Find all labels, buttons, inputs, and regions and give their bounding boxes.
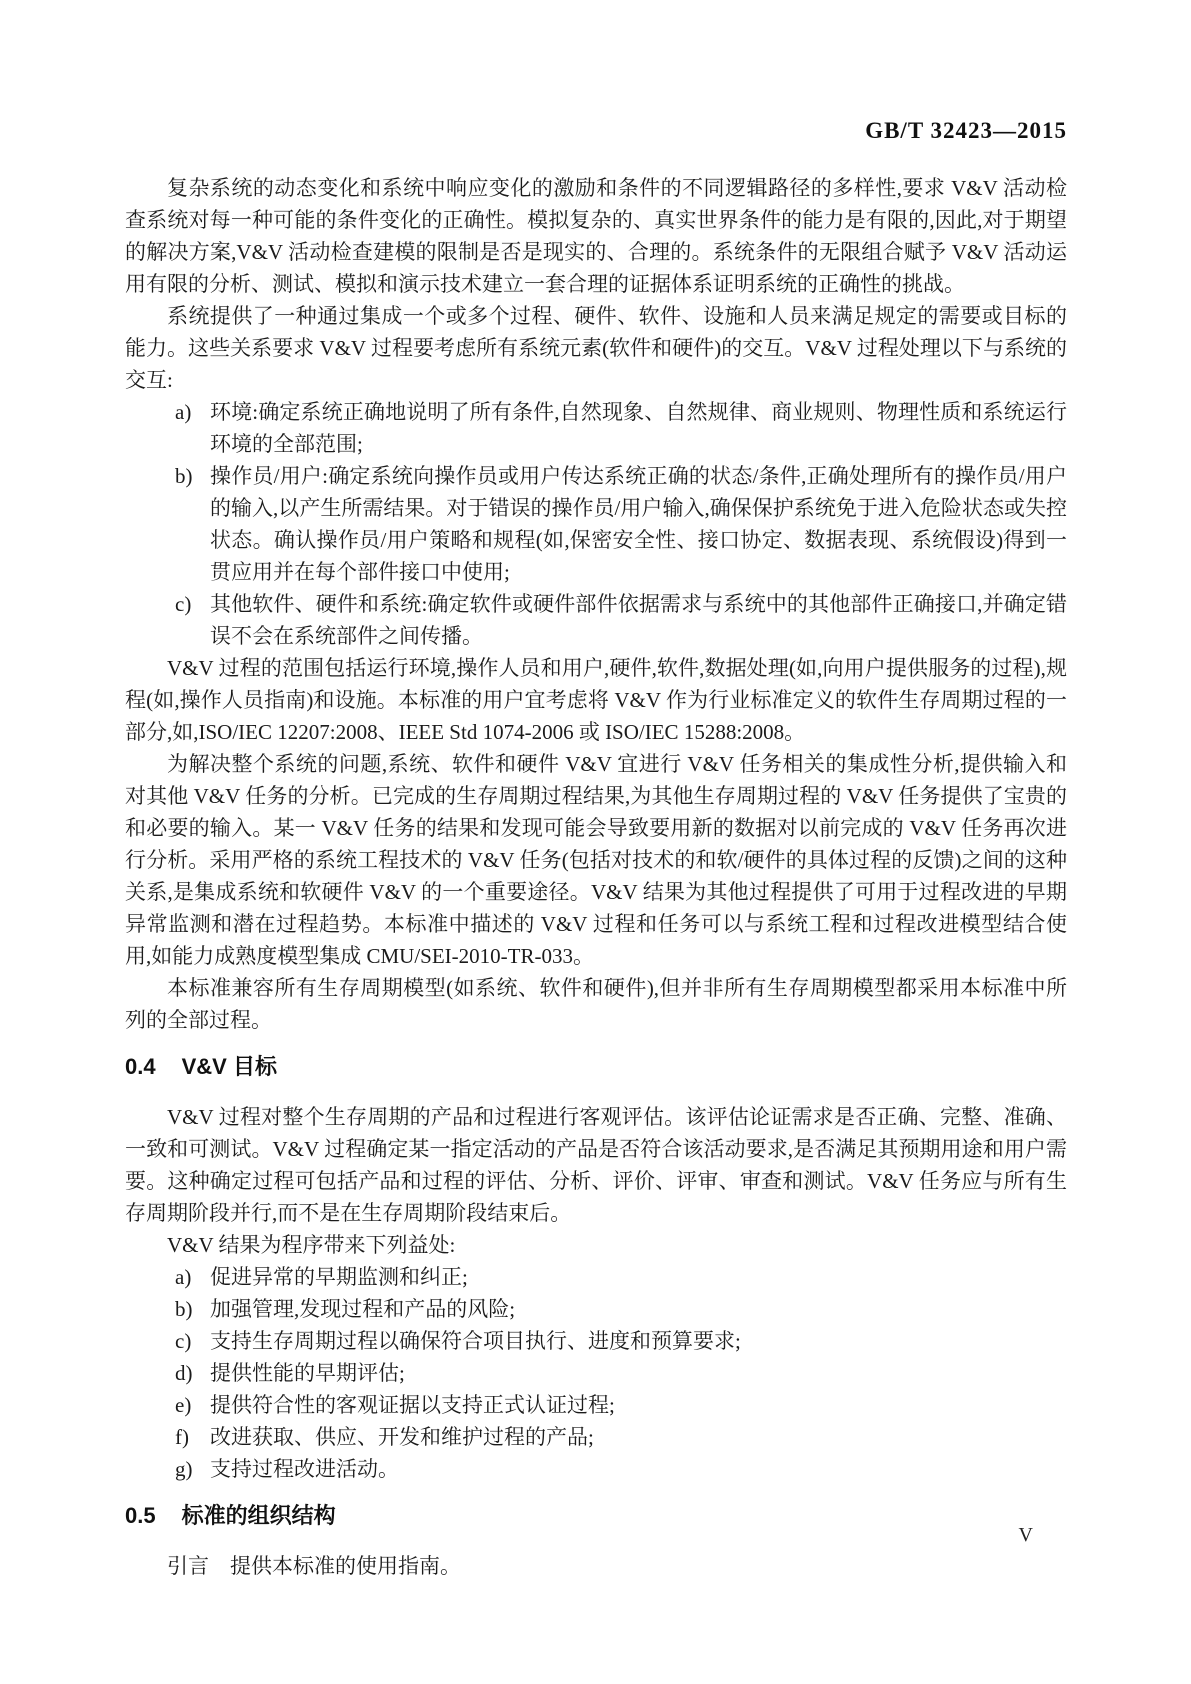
list-item: a) 促进异常的早期监测和纠正;	[125, 1261, 1067, 1293]
list-item: d) 提供性能的早期评估;	[125, 1357, 1067, 1389]
list-item-text: 支持生存周期过程以确保符合项目执行、进度和预算要求;	[210, 1325, 1067, 1357]
list-item: a) 环境:确定系统正确地说明了所有条件,自然现象、自然规律、商业规则、物理性质…	[125, 396, 1067, 460]
section-heading-04: 0.4V&V 目标	[125, 1051, 1067, 1083]
running-header: GB/T 32423—2015	[125, 118, 1067, 144]
benefits-intro: V&V 结果为程序带来下列益处:	[125, 1229, 1067, 1261]
list-item-text: 改进获取、供应、开发和维护过程的产品;	[210, 1421, 1067, 1453]
section-heading-05: 0.5标准的组织结构	[125, 1500, 1067, 1532]
list-item: g) 支持过程改进活动。	[125, 1453, 1067, 1485]
list-item-label: f)	[175, 1421, 210, 1453]
intro-paragraph-1: 复杂系统的动态变化和系统中响应变化的激励和条件的不同逻辑路径的多样性,要求 V&…	[125, 172, 1067, 300]
list-item-label: a)	[175, 396, 210, 428]
term-description: 提供本标准的使用指南。	[230, 1554, 461, 1578]
list-item-label: a)	[175, 1261, 210, 1293]
list-item-label: b)	[175, 460, 210, 492]
section-number: 0.4	[125, 1054, 156, 1079]
list-item-label: b)	[175, 1293, 210, 1325]
section-title: V&V 目标	[182, 1054, 277, 1079]
list-item-label: g)	[175, 1453, 210, 1485]
list-item: f) 改进获取、供应、开发和维护过程的产品;	[125, 1421, 1067, 1453]
list-item-text: 提供性能的早期评估;	[210, 1357, 1067, 1389]
list-item-text: 促进异常的早期监测和纠正;	[210, 1261, 1067, 1293]
list-item-text: 支持过程改进活动。	[210, 1453, 1067, 1485]
list-item-text: 环境:确定系统正确地说明了所有条件,自然现象、自然规律、商业规则、物理性质和系统…	[210, 396, 1067, 460]
term-definition-line: 引言提供本标准的使用指南。	[125, 1550, 1067, 1582]
list-item: b) 操作员/用户:确定系统向操作员或用户传达系统正确的状态/条件,正确处理所有…	[125, 460, 1067, 588]
page-number: V	[1019, 1524, 1033, 1547]
intro-paragraph-3: V&V 过程的范围包括运行环境,操作人员和用户,硬件,软件,数据处理(如,向用户…	[125, 652, 1067, 748]
section-04-paragraph: V&V 过程对整个生存周期的产品和过程进行客观评估。该评估论证需求是否正确、完整…	[125, 1101, 1067, 1229]
list-item-text: 操作员/用户:确定系统向操作员或用户传达系统正确的状态/条件,正确处理所有的操作…	[210, 460, 1067, 588]
list-item: c) 其他软件、硬件和系统:确定软件或硬件部件依据需求与系统中的其他部件正确接口…	[125, 588, 1067, 652]
intro-paragraph-4: 为解决整个系统的问题,系统、软件和硬件 V&V 宜进行 V&V 任务相关的集成性…	[125, 748, 1067, 972]
term-label: 引言	[167, 1554, 209, 1578]
document-page: GB/T 32423—2015 复杂系统的动态变化和系统中响应变化的激励和条件的…	[0, 0, 1191, 1684]
system-interaction-list: a) 环境:确定系统正确地说明了所有条件,自然现象、自然规律、商业规则、物理性质…	[125, 396, 1067, 652]
benefits-list: a) 促进异常的早期监测和纠正; b) 加强管理,发现过程和产品的风险; c) …	[125, 1261, 1067, 1485]
intro-paragraph-2: 系统提供了一种通过集成一个或多个过程、硬件、软件、设施和人员来满足规定的需要或目…	[125, 300, 1067, 396]
standard-number: GB/T 32423—2015	[865, 118, 1067, 143]
list-item-text: 加强管理,发现过程和产品的风险;	[210, 1293, 1067, 1325]
intro-paragraph-5: 本标准兼容所有生存周期模型(如系统、软件和硬件),但并非所有生存周期模型都采用本…	[125, 972, 1067, 1036]
list-item-label: c)	[175, 588, 210, 620]
section-title: 标准的组织结构	[182, 1503, 336, 1528]
list-item-text: 其他软件、硬件和系统:确定软件或硬件部件依据需求与系统中的其他部件正确接口,并确…	[210, 588, 1067, 652]
list-item-label: e)	[175, 1389, 210, 1421]
list-item-text: 提供符合性的客观证据以支持正式认证过程;	[210, 1389, 1067, 1421]
section-number: 0.5	[125, 1503, 156, 1528]
list-item-label: d)	[175, 1357, 210, 1389]
list-item: c) 支持生存周期过程以确保符合项目执行、进度和预算要求;	[125, 1325, 1067, 1357]
page-content: 复杂系统的动态变化和系统中响应变化的激励和条件的不同逻辑路径的多样性,要求 V&…	[125, 172, 1067, 1582]
list-item-label: c)	[175, 1325, 210, 1357]
list-item: b) 加强管理,发现过程和产品的风险;	[125, 1293, 1067, 1325]
list-item: e) 提供符合性的客观证据以支持正式认证过程;	[125, 1389, 1067, 1421]
